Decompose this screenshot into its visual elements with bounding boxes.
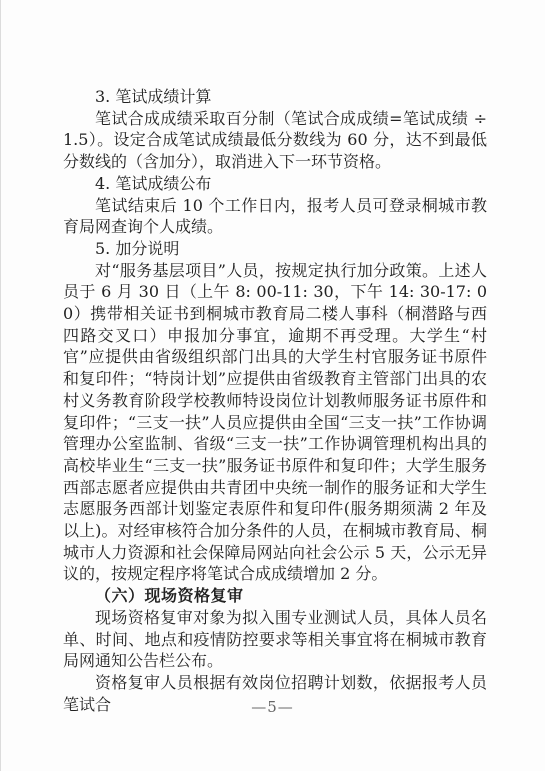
page-number: —5— (0, 698, 545, 716)
heading-score-calculation: 3. 笔试成绩计算 (63, 86, 487, 108)
scan-edge-artifact (0, 0, 1, 771)
para-onsite-review-notice: 现场资格复审对象为拟入围专业测试人员，具体人员名单、时间、地点和疫情防控要求等相… (63, 607, 487, 672)
heading-bonus-points: 5. 加分说明 (63, 238, 487, 260)
para-score-announcement: 笔试结束后 10 个工作日内，报考人员可登录桐城市教育局网查询个人成绩。 (63, 195, 487, 238)
heading-onsite-qualification-review: （六）现场资格复审 (63, 585, 487, 607)
para-score-calculation: 笔试合成成绩采取百分制（笔试合成成绩=笔试成绩 ÷ 1.5）。设定合成笔试成绩最… (63, 108, 487, 173)
document-body: 3. 笔试成绩计算 笔试合成成绩采取百分制（笔试合成成绩=笔试成绩 ÷ 1.5）… (63, 86, 487, 715)
document-page: 3. 笔试成绩计算 笔试合成成绩采取百分制（笔试合成成绩=笔试成绩 ÷ 1.5）… (0, 0, 545, 771)
heading-score-announcement: 4. 笔试成绩公布 (63, 173, 487, 195)
para-bonus-points-policy: 对“服务基层项目”人员，按规定执行加分政策。上述人员于 6 月 30 日（上午 … (63, 260, 487, 586)
